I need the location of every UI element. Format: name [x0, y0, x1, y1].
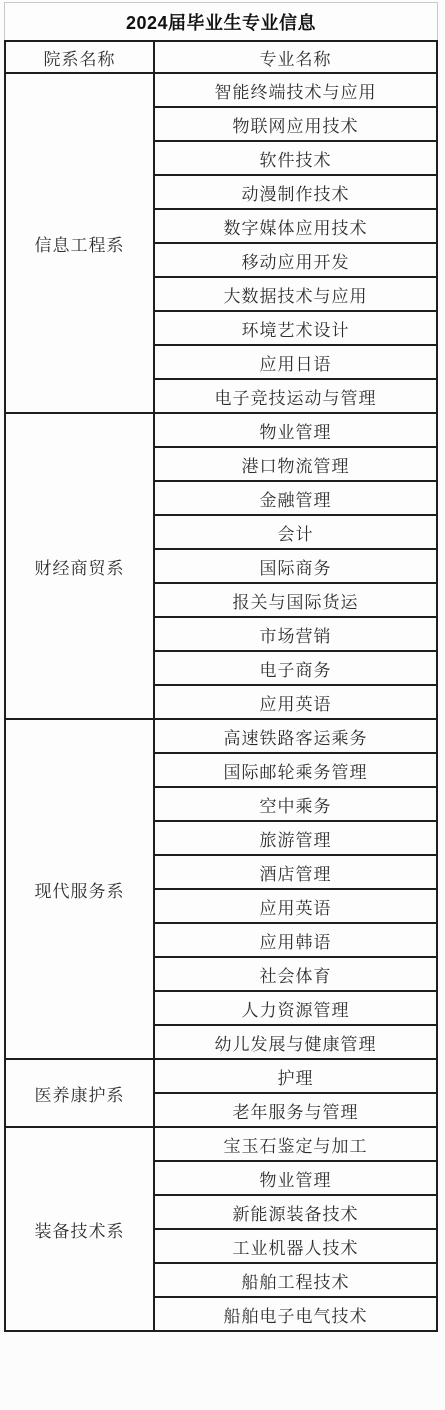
major-cell: 物联网应用技术: [154, 107, 437, 141]
major-cell: 旅游管理: [154, 821, 437, 855]
major-cell: 新能源装备技术: [154, 1195, 437, 1229]
major-cell: 幼儿发展与健康管理: [154, 1025, 437, 1059]
department-cell: 现代服务系: [5, 719, 154, 1059]
major-cell: 港口物流管理: [154, 447, 437, 481]
major-cell: 应用英语: [154, 685, 437, 719]
major-cell: 报关与国际货运: [154, 583, 437, 617]
major-cell: 物业管理: [154, 413, 437, 447]
major-cell: 老年服务与管理: [154, 1093, 437, 1127]
major-cell: 船舶电子电气技术: [154, 1297, 437, 1331]
major-cell: 人力资源管理: [154, 991, 437, 1025]
table-row: 信息工程系智能终端技术与应用: [5, 73, 437, 107]
major-cell: 动漫制作技术: [154, 175, 437, 209]
major-cell: 智能终端技术与应用: [154, 73, 437, 107]
major-cell: 会计: [154, 515, 437, 549]
table-header-row: 院系名称 专业名称: [5, 41, 437, 73]
department-cell: 信息工程系: [5, 73, 154, 413]
major-cell: 环境艺术设计: [154, 311, 437, 345]
major-cell: 国际商务: [154, 549, 437, 583]
major-cell: 国际邮轮乘务管理: [154, 753, 437, 787]
major-cell: 金融管理: [154, 481, 437, 515]
major-cell: 宝玉石鉴定与加工: [154, 1127, 437, 1161]
major-cell: 大数据技术与应用: [154, 277, 437, 311]
major-cell: 数字媒体应用技术: [154, 209, 437, 243]
page-title: 2024届毕业生专业信息: [4, 2, 438, 40]
table-row: 现代服务系高速铁路客运乘务: [5, 719, 437, 753]
major-cell: 软件技术: [154, 141, 437, 175]
major-cell: 电子竞技运动与管理: [154, 379, 437, 413]
major-cell: 护理: [154, 1059, 437, 1093]
department-cell: 装备技术系: [5, 1127, 154, 1331]
department-cell: 财经商贸系: [5, 413, 154, 719]
major-cell: 酒店管理: [154, 855, 437, 889]
column-header-major: 专业名称: [154, 41, 437, 73]
major-cell: 空中乘务: [154, 787, 437, 821]
major-cell: 应用日语: [154, 345, 437, 379]
major-cell: 市场营销: [154, 617, 437, 651]
major-cell: 电子商务: [154, 651, 437, 685]
department-cell: 医养康护系: [5, 1059, 154, 1127]
major-cell: 应用韩语: [154, 923, 437, 957]
major-cell: 工业机器人技术: [154, 1229, 437, 1263]
document-page: 2024届毕业生专业信息 院系名称 专业名称 信息工程系智能终端技术与应用物联网…: [4, 2, 438, 1332]
table-row: 医养康护系护理: [5, 1059, 437, 1093]
major-cell: 船舶工程技术: [154, 1263, 437, 1297]
table-row: 财经商贸系物业管理: [5, 413, 437, 447]
major-cell: 高速铁路客运乘务: [154, 719, 437, 753]
major-cell: 移动应用开发: [154, 243, 437, 277]
major-cell: 社会体育: [154, 957, 437, 991]
column-header-department: 院系名称: [5, 41, 154, 73]
major-cell: 物业管理: [154, 1161, 437, 1195]
table-row: 装备技术系宝玉石鉴定与加工: [5, 1127, 437, 1161]
majors-table: 院系名称 专业名称 信息工程系智能终端技术与应用物联网应用技术软件技术动漫制作技…: [4, 40, 438, 1332]
major-cell: 应用英语: [154, 889, 437, 923]
majors-table-body: 信息工程系智能终端技术与应用物联网应用技术软件技术动漫制作技术数字媒体应用技术移…: [5, 73, 437, 1331]
